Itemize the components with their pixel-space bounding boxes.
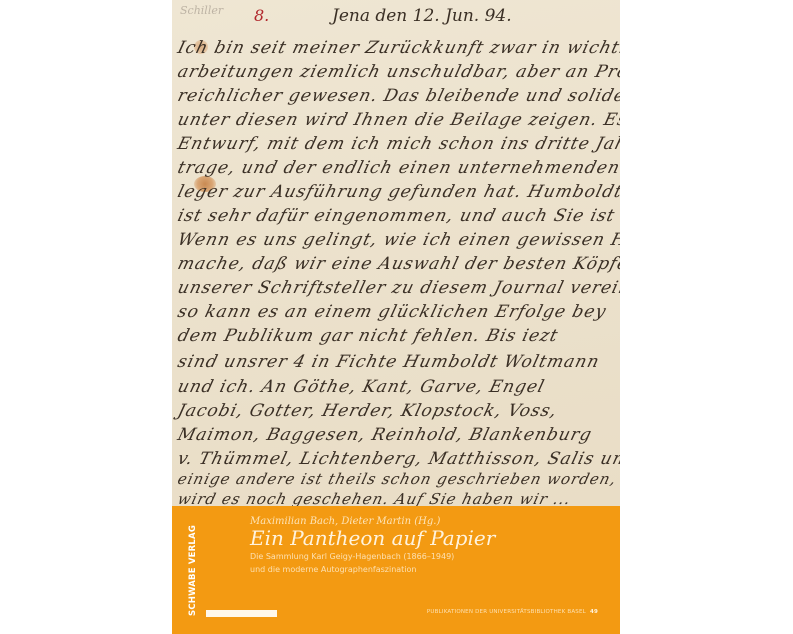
series-label: PUBLIKATIONEN DER UNIVERSITÄTSBIBLIOTHEK… bbox=[427, 609, 598, 615]
manuscript-line: unserer Schriftsteller zu diesem Journal… bbox=[176, 278, 620, 298]
book-cover: Schiller 8. Jena den 12. Jun. 94. Ich bi… bbox=[172, 0, 620, 634]
cover-title-band: Maximilian Bach, Dieter Martin (Hg.) Ein… bbox=[172, 506, 620, 634]
decorative-bar bbox=[206, 610, 277, 617]
manuscript-line: Maimon, Baggesen, Reinhold, Blankenburg bbox=[176, 425, 595, 445]
manuscript-line: dem Publikum gar nicht fehlen. Bis iezt bbox=[176, 326, 561, 346]
manuscript-line: ist sehr dafür eingenommen, und auch Sie… bbox=[176, 206, 620, 226]
book-title: Ein Pantheon auf Papier bbox=[250, 526, 495, 550]
manuscript-image: Schiller 8. Jena den 12. Jun. 94. Ich bi… bbox=[172, 0, 620, 506]
manuscript-line: Entwurf, mit dem ich mich schon ins drit… bbox=[176, 134, 620, 154]
manuscript-line: und ich. An Göthe, Kant, Garve, Engel bbox=[176, 377, 547, 397]
series-name: PUBLIKATIONEN DER UNIVERSITÄTSBIBLIOTHEK… bbox=[427, 609, 586, 615]
book-subtitle-line-2: und die moderne Autographenfaszination bbox=[250, 565, 417, 574]
manuscript-line: so kann es an einem glücklichen Erfolge … bbox=[176, 302, 609, 322]
manuscript-line: leger zur Ausführung gefunden hat. Humbo… bbox=[176, 182, 620, 202]
manuscript-line: mache, daß wir eine Auswahl der besten K… bbox=[176, 254, 620, 274]
manuscript-line: einige andere ist theils schon geschrieb… bbox=[176, 470, 620, 488]
letter-dateline: Jena den 12. Jun. 94. bbox=[332, 6, 512, 26]
manuscript-line: unter diesen wird Ihnen die Beilage zeig… bbox=[176, 110, 620, 130]
archive-mark: Schiller bbox=[180, 4, 223, 17]
manuscript-line: trage, und der endlich einen unternehmen… bbox=[176, 158, 620, 178]
manuscript-line: arbeitungen ziemlich unschuldbar, aber a… bbox=[176, 62, 620, 82]
manuscript-line: Wenn es uns gelingt, wie ich einen gewis… bbox=[176, 230, 620, 250]
manuscript-line: reichlicher gewesen. Das bleibende und s… bbox=[176, 86, 620, 106]
book-subtitle-line-1: Die Sammlung Karl Geigy-Hagenbach (1866–… bbox=[250, 552, 454, 561]
manuscript-line: Jacobi, Gotter, Herder, Klopstock, Voss, bbox=[176, 401, 560, 421]
manuscript-line: sind unsrer 4 in Fichte Humboldt Woltman… bbox=[176, 352, 602, 372]
series-number: 49 bbox=[590, 609, 598, 615]
manuscript-line: Ich bin seit meiner Zurückkunft zwar in … bbox=[176, 38, 620, 58]
letter-number: 8. bbox=[254, 6, 269, 25]
publisher-name: SCHWABE VERLAG bbox=[188, 525, 198, 616]
manuscript-line: v. Thümmel, Lichtenberg, Matthisson, Sal… bbox=[176, 449, 620, 469]
